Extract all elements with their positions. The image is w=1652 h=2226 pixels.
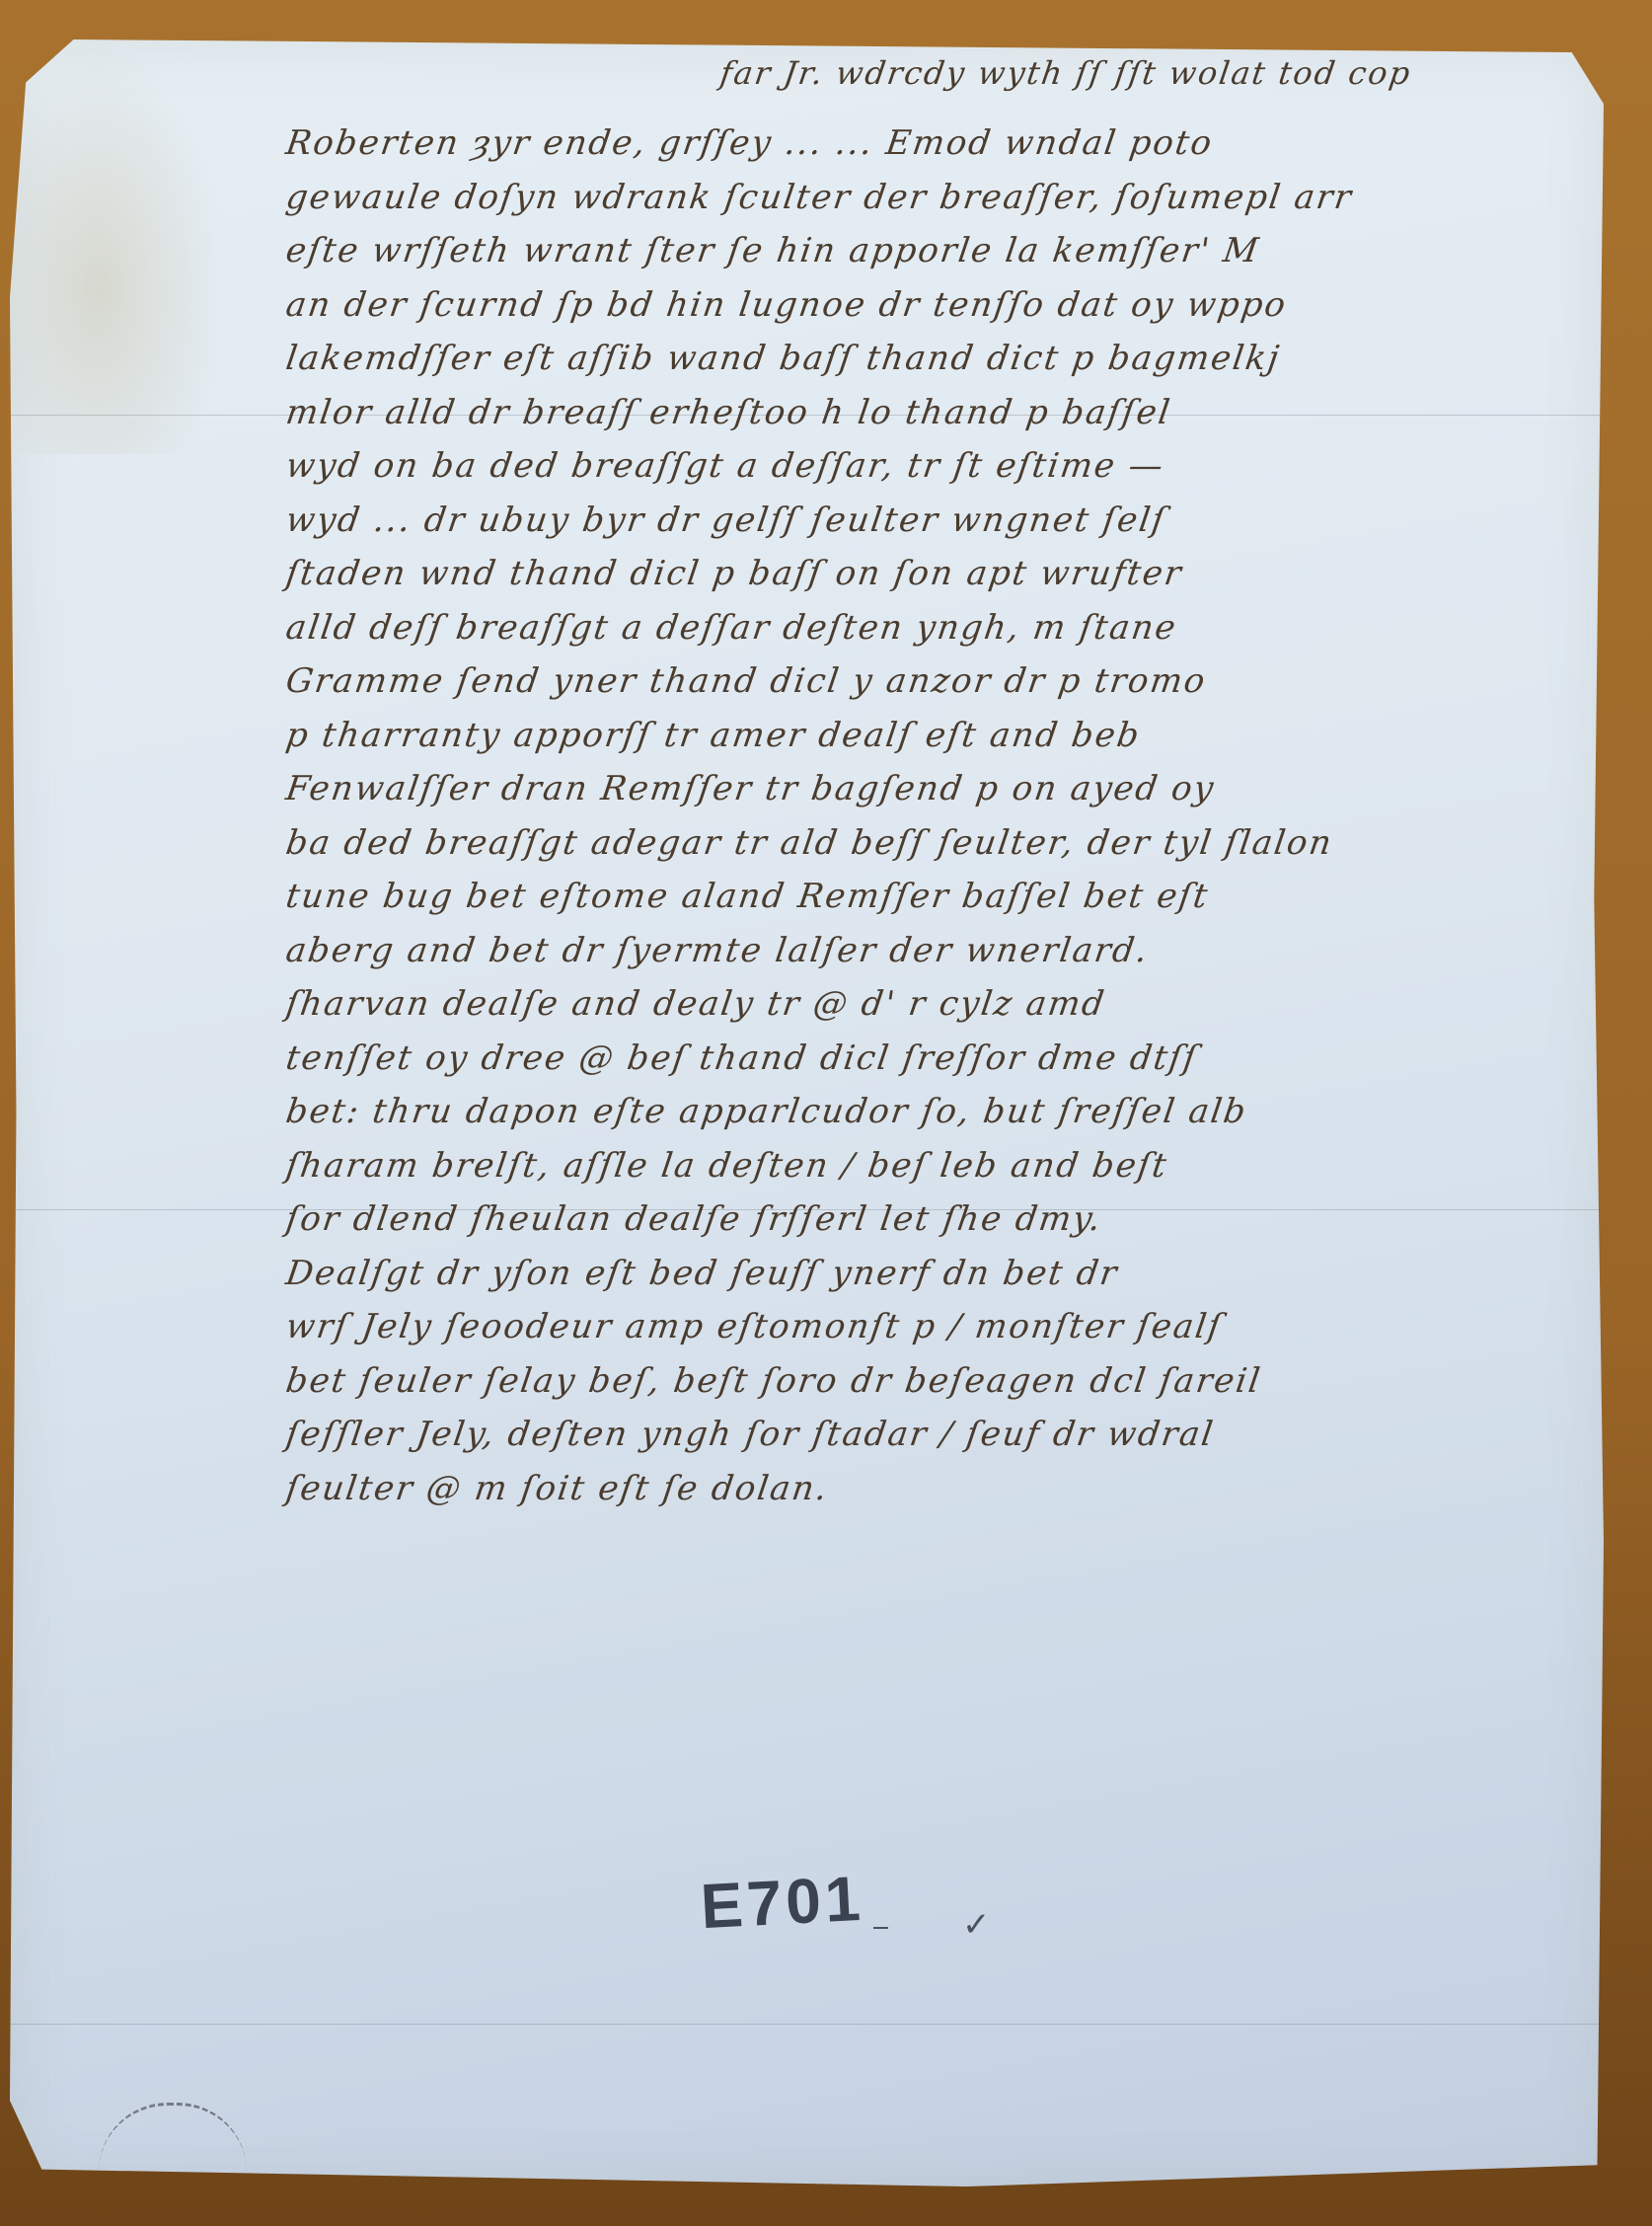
archival-mark: E701	[699, 1862, 865, 1944]
paper-crease	[10, 2024, 1604, 2025]
text-line: aberg and bet dr ſyermte lalſer der wner…	[283, 931, 1152, 970]
text-line: mlor alld dr breaſſ erheſtoo h lo thand …	[283, 393, 1173, 432]
dash-mark	[873, 1927, 888, 1929]
text-line: ſor dlend ſheulan dealſe ſrſſerl let ſhe…	[283, 1199, 1104, 1239]
text-line: ſeulter @ m ſoit eſt ſe dolan.	[283, 1469, 831, 1508]
text-line: p tharranty apporſſ tr amer dealſ eſt an…	[283, 716, 1143, 755]
text-line: ſharam brelſt, aſſle la deſten / beſ leb…	[283, 1146, 1170, 1186]
text-line: bet: thru dapon eſte apparlcudor ſo, but…	[283, 1092, 1249, 1131]
text-line: eſte wrſſeth wrant ſter ſe hin apporle l…	[283, 231, 1262, 270]
text-line: Fenwalſſer dran Remſſer tr bagſend p on …	[283, 769, 1218, 808]
text-line: ſtaden wnd thand dicl p baſſ on ſon apt …	[283, 554, 1185, 593]
text-line: gewaule doſyn wdrank ſculter der breaſſe…	[283, 178, 1355, 217]
text-line: wyd on ba ded breaſſgt a deſſar, tr ſt e…	[283, 446, 1167, 486]
text-line: lakemdſſer eſt aſſib wand baſſ thand dic…	[283, 339, 1283, 378]
text-line: wyd ... dr ubuy byr dr gelſſ ſeulter wng…	[283, 500, 1168, 540]
text-line: tenſſet oy dree @ beſ thand dicl ſreſſor…	[283, 1038, 1201, 1078]
text-line: tune bug bet eſtome aland Remſſer baſſel…	[283, 877, 1212, 916]
text-line: Roberten ȝyr ende, grſſey ... ... Emod w…	[283, 123, 1216, 163]
text-line: bet ſeuler ſelay beſ, beſt ſoro dr beſea…	[283, 1361, 1264, 1401]
text-line: ſeſſler Jely, deſten yngh ſor ſtadar / ſ…	[283, 1415, 1217, 1454]
text-line: Gramme ſend yner thand dicl y anzor dr p…	[283, 661, 1209, 701]
check-mark-icon: ✓	[962, 1905, 991, 1945]
text-line: an der ſcurnd ſp bd hin lugnoe dr tenſſo…	[283, 285, 1290, 325]
text-line: ſharvan dealſe and dealy tr @ d' r cylz …	[283, 984, 1108, 1024]
water-stain	[10, 39, 227, 454]
text-line: Dealſgt dr yſon eſt bed ſeuſſ ynerf dn b…	[283, 1254, 1121, 1293]
header-line: far Jr. wdrcdy wyth ſſ ſſt wolat tod cop	[717, 54, 1414, 92]
text-line: alld deſſ breaſſgt a deſſar deſten yngh,…	[283, 608, 1179, 648]
text-line: wrſ Jely ſeoodeur amp eſtomonſt p / monſ…	[283, 1307, 1225, 1346]
text-line: ba ded breaſſgt adegar tr ald beſſ ſeult…	[283, 823, 1335, 863]
